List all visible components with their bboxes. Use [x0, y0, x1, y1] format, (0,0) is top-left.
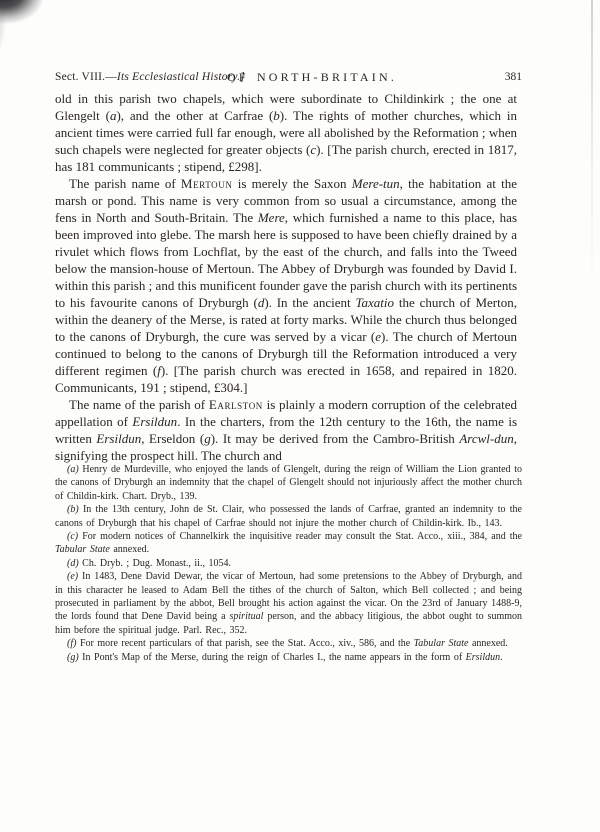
page-header: Sect. VIII.—Its Ecclesiastical History.]…: [55, 71, 522, 87]
page-number: 381: [505, 71, 522, 83]
footnote-e: (e) In 1483, Dene David Dewar, the vicar…: [55, 570, 522, 637]
body-paragraph-1: old in this parish two chapels, which we…: [55, 90, 517, 175]
section-heading: Sect. VIII.—Its Ecclesiastical History.]: [55, 71, 245, 83]
footnote-d: (d) Ch. Dryb. ; Dug. Monast., ii., 1054.: [55, 557, 522, 570]
running-title: OF NORTH-BRITAIN.: [227, 70, 397, 85]
book-page: Sect. VIII.—Its Ecclesiastical History.]…: [0, 0, 600, 832]
body-paragraph-3: The name of the parish of Earlston is pl…: [55, 396, 517, 464]
footnote-a: (a) Henry de Murdeville, who enjoyed the…: [55, 463, 522, 503]
footnote-c: (c) For modern notices of Channelkirk th…: [55, 530, 522, 557]
body-paragraph-2: The parish name of Mertoun is merely the…: [55, 175, 517, 396]
footnote-f: (f) For more recent particulars of that …: [55, 637, 522, 650]
footnote-g: (g) In Pont's Map of the Merse, during t…: [55, 651, 522, 664]
body-text: old in this parish two chapels, which we…: [55, 90, 517, 464]
footnote-b: (b) In the 13th century, John de St. Cla…: [55, 503, 522, 530]
footnotes: (a) Henry de Murdeville, who enjoyed the…: [55, 463, 522, 664]
page-edge-artifact: [591, 0, 593, 310]
